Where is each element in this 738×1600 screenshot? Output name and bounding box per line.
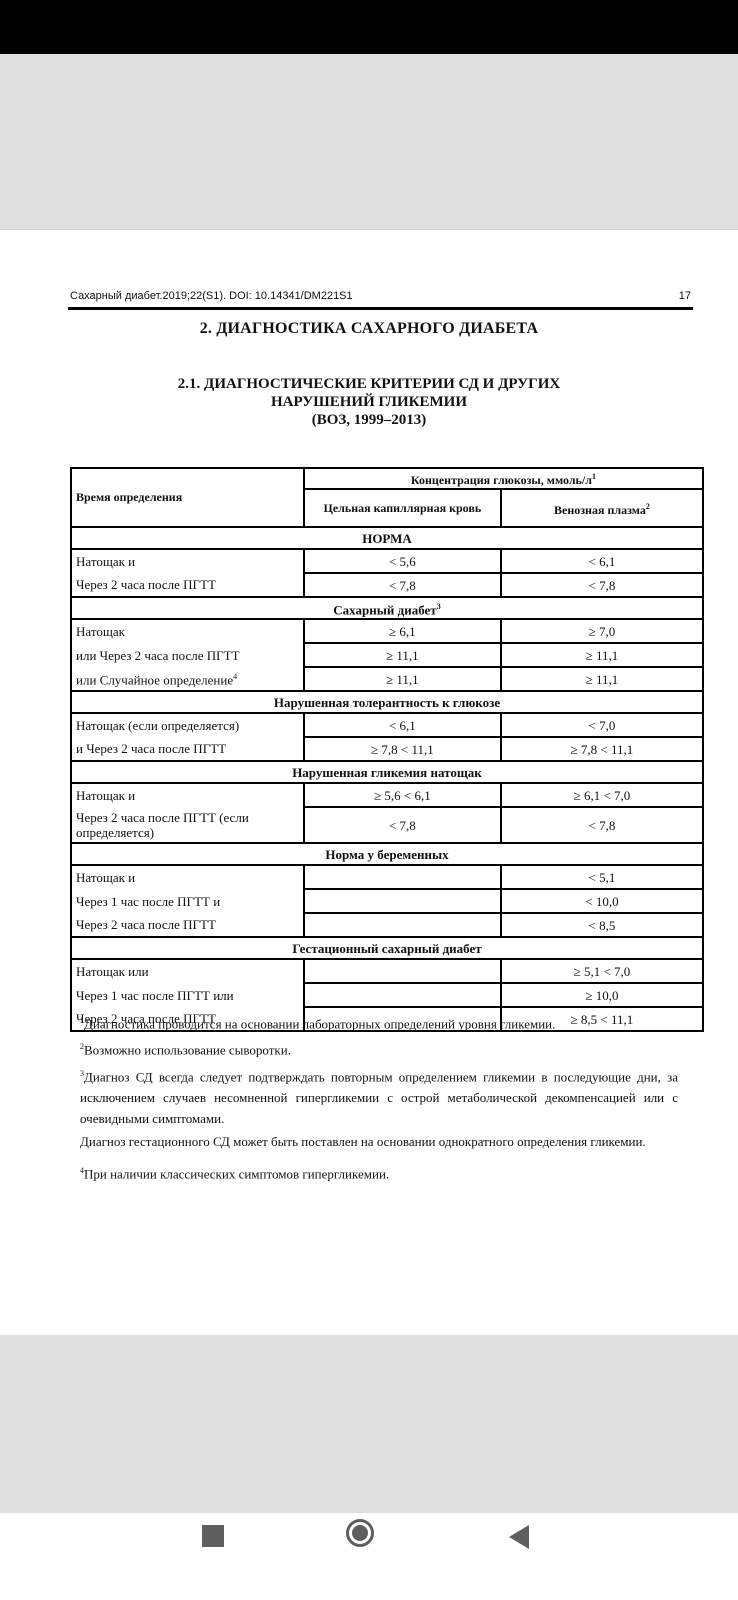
footnote: 3Диагноз СД всегда следует подтверждать … bbox=[80, 1063, 678, 1129]
row-label: или Через 2 часа после ПГТТ bbox=[71, 643, 304, 667]
table-row: Через 2 часа после ПГТТ (если определяет… bbox=[71, 807, 703, 843]
back-triangle-icon[interactable] bbox=[509, 1525, 529, 1549]
venous-value: < 6,1 bbox=[501, 549, 703, 573]
section-title: Норма у беременных bbox=[71, 843, 703, 865]
footnote: 2Возможно использование сыворотки. bbox=[80, 1036, 678, 1060]
capillary-value: ≥ 11,1 bbox=[304, 643, 501, 667]
row-label: Через 1 час после ПГТТ и bbox=[71, 889, 304, 913]
header-capillary: Цельная капиллярная кровь bbox=[304, 489, 501, 527]
section-row: Нарушенная гликемия натощак bbox=[71, 761, 703, 783]
row-label: Натощак bbox=[71, 619, 304, 643]
table-row: Натощак или≥ 5,1 < 7,0 bbox=[71, 959, 703, 983]
table-row: Натощак и< 5,6< 6,1 bbox=[71, 549, 703, 573]
row-label: Через 2 часа после ПГТТ (если определяет… bbox=[71, 807, 304, 843]
status-bar bbox=[0, 0, 738, 54]
capillary-value: < 7,8 bbox=[304, 807, 501, 843]
recents-square-icon[interactable] bbox=[202, 1525, 224, 1547]
row-label: Через 2 часа после ПГТТ bbox=[71, 573, 304, 597]
section-title: Гестационный сахарный диабет bbox=[71, 937, 703, 959]
row-label: Натощак (если определяется) bbox=[71, 713, 304, 737]
table-row: или Через 2 часа после ПГТТ≥ 11,1≥ 11,1 bbox=[71, 643, 703, 667]
footnote: 4При наличии классических симптомов гипе… bbox=[80, 1160, 678, 1184]
document-page[interactable]: Сахарный диабет.2019;22(S1). DOI: 10.143… bbox=[0, 230, 738, 1335]
table-row: Через 1 час после ПГТТ и< 10,0 bbox=[71, 889, 703, 913]
table-row: Через 2 часа после ПГТТ< 8,5 bbox=[71, 913, 703, 937]
capillary-value bbox=[304, 865, 501, 889]
venous-value: < 10,0 bbox=[501, 889, 703, 913]
venous-value: ≥ 11,1 bbox=[501, 667, 703, 691]
row-label: и Через 2 часа после ПГТТ bbox=[71, 737, 304, 761]
system-navigation-bar bbox=[0, 1513, 738, 1600]
venous-value: < 7,8 bbox=[501, 807, 703, 843]
section-title: Сахарный диабет3 bbox=[71, 597, 703, 619]
section-title-source: (ВОЗ, 1999–2013) bbox=[0, 411, 738, 429]
table-row: Через 2 часа после ПГТТ< 7,8< 7,8 bbox=[71, 573, 703, 597]
section-title-line: 2.1. ДИАГНОСТИЧЕСКИЕ КРИТЕРИИ СД И ДРУГИ… bbox=[0, 375, 738, 393]
venous-value: < 5,1 bbox=[501, 865, 703, 889]
journal-citation: Сахарный диабет.2019;22(S1). DOI: 10.143… bbox=[70, 290, 353, 302]
venous-value: ≥ 7,0 bbox=[501, 619, 703, 643]
home-circle-icon[interactable] bbox=[346, 1519, 374, 1547]
row-label: Натощак и bbox=[71, 549, 304, 573]
running-header: Сахарный диабет.2019;22(S1). DOI: 10.143… bbox=[68, 290, 693, 310]
table-row: Натощак (если определяется)< 6,1< 7,0 bbox=[71, 713, 703, 737]
venous-value: < 8,5 bbox=[501, 913, 703, 937]
venous-value: ≥ 11,1 bbox=[501, 643, 703, 667]
capillary-value: ≥ 6,1 bbox=[304, 619, 501, 643]
section-title: НОРМА bbox=[71, 527, 703, 549]
viewer-background-top bbox=[0, 54, 738, 230]
chapter-title: 2. ДИАГНОСТИКА САХАРНОГО ДИАБЕТА bbox=[0, 320, 738, 338]
capillary-value: < 6,1 bbox=[304, 713, 501, 737]
venous-value: ≥ 7,8 < 11,1 bbox=[501, 737, 703, 761]
section-title-line: НАРУШЕНИЙ ГЛИКЕМИИ bbox=[0, 393, 738, 411]
capillary-value bbox=[304, 913, 501, 937]
capillary-value: < 5,6 bbox=[304, 549, 501, 573]
section-title: Нарушенная толерантность к глюкозе bbox=[71, 691, 703, 713]
header-time: Время определения bbox=[71, 468, 304, 527]
row-label: Через 2 часа после ПГТТ bbox=[71, 913, 304, 937]
venous-value: < 7,0 bbox=[501, 713, 703, 737]
capillary-value: ≥ 11,1 bbox=[304, 667, 501, 691]
venous-value: ≥ 6,1 < 7,0 bbox=[501, 783, 703, 807]
table-row: и Через 2 часа после ПГТТ≥ 7,8 < 11,1≥ 7… bbox=[71, 737, 703, 761]
header-concentration: Концентрация глюкозы, ммоль/л1 bbox=[304, 468, 703, 489]
row-label: Натощак и bbox=[71, 865, 304, 889]
row-label: Натощак и bbox=[71, 783, 304, 807]
section-row: НОРМА bbox=[71, 527, 703, 549]
section-row: Норма у беременных bbox=[71, 843, 703, 865]
diagnostic-criteria-table: Время определения Концентрация глюкозы, … bbox=[70, 467, 704, 1032]
table-row: Натощак и< 5,1 bbox=[71, 865, 703, 889]
capillary-value: < 7,8 bbox=[304, 573, 501, 597]
section-row: Гестационный сахарный диабет bbox=[71, 937, 703, 959]
section-title: Нарушенная гликемия натощак bbox=[71, 761, 703, 783]
section-title: 2.1. ДИАГНОСТИЧЕСКИЕ КРИТЕРИИ СД И ДРУГИ… bbox=[0, 375, 738, 429]
table-row: Натощак≥ 6,1≥ 7,0 bbox=[71, 619, 703, 643]
page-number: 17 bbox=[679, 290, 691, 302]
viewer-background-bottom bbox=[0, 1335, 738, 1513]
header-venous: Венозная плазма2 bbox=[501, 489, 703, 527]
row-label: или Случайное определение4 bbox=[71, 667, 304, 691]
venous-value: < 7,8 bbox=[501, 573, 703, 597]
venous-value: ≥ 5,1 < 7,0 bbox=[501, 959, 703, 983]
footnote: 1Диагностика проводится на основании лаб… bbox=[80, 1010, 678, 1034]
capillary-value bbox=[304, 983, 501, 1007]
capillary-value bbox=[304, 889, 501, 913]
table-row: Натощак и≥ 5,6 < 6,1≥ 6,1 < 7,0 bbox=[71, 783, 703, 807]
row-label: Через 1 час после ПГТТ или bbox=[71, 983, 304, 1007]
section-row: Сахарный диабет3 bbox=[71, 597, 703, 619]
venous-value: ≥ 10,0 bbox=[501, 983, 703, 1007]
footnote: Диагноз гестационного СД может быть пост… bbox=[80, 1131, 678, 1152]
capillary-value: ≥ 5,6 < 6,1 bbox=[304, 783, 501, 807]
row-label: Натощак или bbox=[71, 959, 304, 983]
capillary-value: ≥ 7,8 < 11,1 bbox=[304, 737, 501, 761]
table-row: Через 1 час после ПГТТ или≥ 10,0 bbox=[71, 983, 703, 1007]
capillary-value bbox=[304, 959, 501, 983]
section-row: Нарушенная толерантность к глюкозе bbox=[71, 691, 703, 713]
footnotes: 1Диагностика проводится на основании лаб… bbox=[80, 1010, 678, 1186]
table-row: или Случайное определение4≥ 11,1≥ 11,1 bbox=[71, 667, 703, 691]
